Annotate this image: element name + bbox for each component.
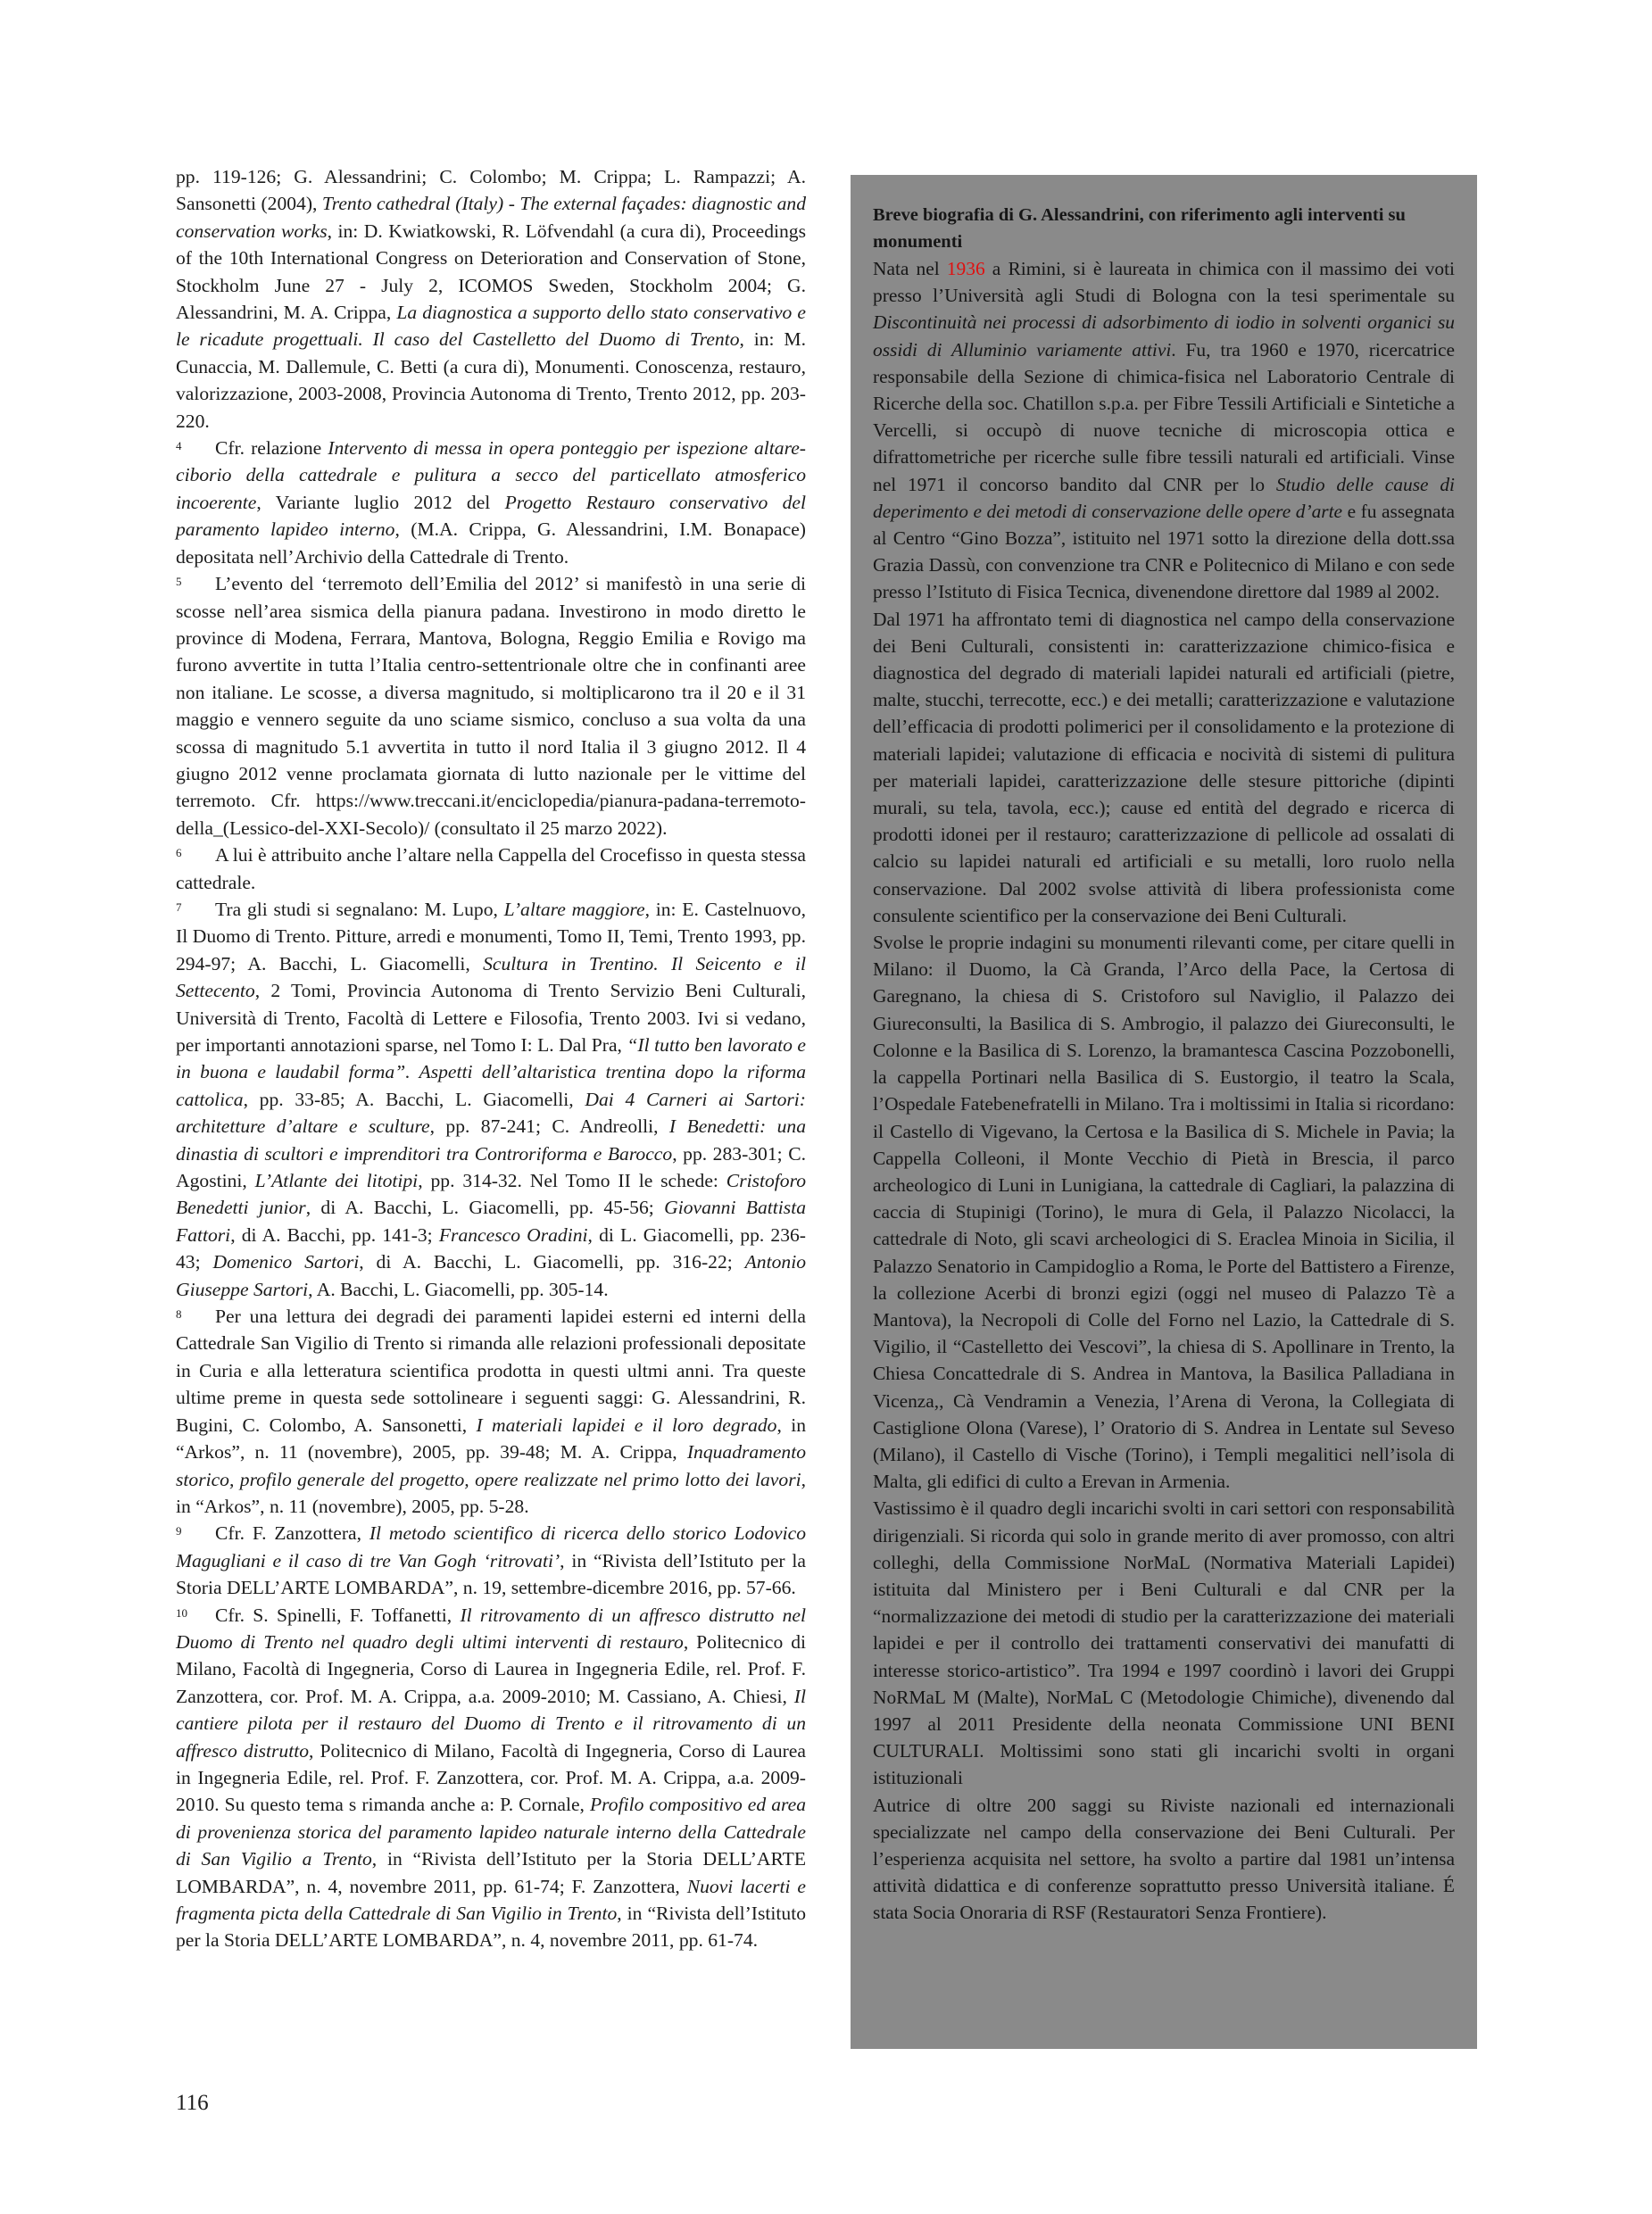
footnote-number: 7 bbox=[176, 894, 215, 921]
footnote-number: 6 bbox=[176, 840, 215, 867]
text-run: , pp. 33-85; A. Bacchi, L. Giacomelli, bbox=[244, 1089, 585, 1110]
biography-title: Breve biografia di G. Alessandrini, con … bbox=[873, 202, 1455, 255]
italic-title: L’Atlante dei litotipi bbox=[255, 1170, 419, 1191]
text-run: Autrice di oltre 200 saggi su Riviste na… bbox=[873, 1795, 1455, 1924]
text-run: Cfr. F. Zanzottera, bbox=[215, 1522, 369, 1544]
text-run: L’evento del ‘terremoto dell’Emilia del … bbox=[176, 573, 806, 839]
footnote-number: 4 bbox=[176, 433, 215, 460]
footnotes-column: pp. 119-126; G. Alessandrini; C. Colombo… bbox=[176, 163, 806, 1954]
text-run: Cfr. S. Spinelli, F. Toffanetti, bbox=[215, 1605, 460, 1626]
text-run: Cfr. relazione bbox=[215, 437, 328, 459]
biography-sidebar-box: Breve biografia di G. Alessandrini, con … bbox=[851, 175, 1477, 2049]
footnote-9: 9Cfr. F. Zanzottera, Il metodo scientifi… bbox=[176, 1520, 806, 1601]
footnote-number: 8 bbox=[176, 1301, 215, 1328]
footnote-8: 8Per una lettura dei degradi dei paramen… bbox=[176, 1303, 806, 1520]
text-run: , Variante luglio 2012 del bbox=[256, 492, 504, 513]
footnote-10: 10Cfr. S. Spinelli, F. Toffanetti, Il ri… bbox=[176, 1602, 806, 1954]
biography-paragraph: Dal 1971 ha affrontato temi di diagnosti… bbox=[873, 606, 1455, 929]
footnote-number: 5 bbox=[176, 568, 215, 595]
biography-paragraph: Autrice di oltre 200 saggi su Riviste na… bbox=[873, 1792, 1455, 1927]
highlighted-year: 1936 bbox=[947, 258, 985, 279]
biography-paragraphs: Nata nel 1936 a Rimini, si è laureata in… bbox=[873, 255, 1455, 1927]
footnote-6: 6A lui è attribuito anche l’altare nella… bbox=[176, 842, 806, 896]
footnote-5: 5L’evento del ‘terremoto dell’Emilia del… bbox=[176, 570, 806, 842]
italic-title: Francesco Oradini bbox=[439, 1224, 588, 1246]
text-run: Dal 1971 ha affrontato temi di diagnosti… bbox=[873, 609, 1455, 926]
footnote-number: 9 bbox=[176, 1518, 215, 1545]
page-number: 116 bbox=[176, 2091, 209, 2116]
text-run: Vastissimo è il quadro degli incarichi s… bbox=[873, 1497, 1455, 1788]
text-run: . Fu, tra 1960 e 1970, ricercatrice resp… bbox=[873, 339, 1455, 495]
footnote-3-continuation: pp. 119-126; G. Alessandrini; C. Colombo… bbox=[176, 163, 806, 435]
footnote-4: 4Cfr. relazione Intervento di messa in o… bbox=[176, 435, 806, 570]
italic-title: I materiali lapidei e il loro degrado bbox=[477, 1414, 777, 1436]
footnote-7: 7Tra gli studi si segnalano: M. Lupo, L’… bbox=[176, 896, 806, 1303]
text-run: Svolse le proprie indagini su monumenti … bbox=[873, 932, 1455, 1492]
text-run: Tra gli studi si segnalano: M. Lupo, bbox=[215, 899, 504, 920]
text-run: , pp. 314-32. Nel Tomo II le schede: bbox=[418, 1170, 726, 1191]
text-run: , pp. 87-241; C. Andreolli, bbox=[430, 1115, 669, 1137]
footnote-list: 4Cfr. relazione Intervento di messa in o… bbox=[176, 435, 806, 1954]
biography-content: Breve biografia di G. Alessandrini, con … bbox=[873, 202, 1455, 1927]
italic-title: L’altare maggiore bbox=[504, 899, 645, 920]
footnote-number: 10 bbox=[176, 1600, 215, 1627]
text-run: , di A. Bacchi, L. Giacomelli, pp. 316-2… bbox=[359, 1251, 744, 1273]
text-run: , A. Bacchi, L. Giacomelli, pp. 305-14. bbox=[308, 1279, 608, 1300]
text-run: , di A. Bacchi, pp. 141-3; bbox=[230, 1224, 439, 1246]
text-run: A lui è attribuito anche l’altare nella … bbox=[176, 844, 806, 892]
biography-paragraph: Vastissimo è il quadro degli incarichi s… bbox=[873, 1495, 1455, 1791]
text-run: Nata nel bbox=[873, 258, 947, 279]
text-run: , di A. Bacchi, L. Giacomelli, pp. 45-56… bbox=[306, 1197, 664, 1218]
biography-paragraph: Svolse le proprie indagini su monumenti … bbox=[873, 929, 1455, 1495]
biography-paragraph: Nata nel 1936 a Rimini, si è laureata in… bbox=[873, 255, 1455, 606]
italic-title: Domenico Sartori bbox=[212, 1251, 359, 1273]
